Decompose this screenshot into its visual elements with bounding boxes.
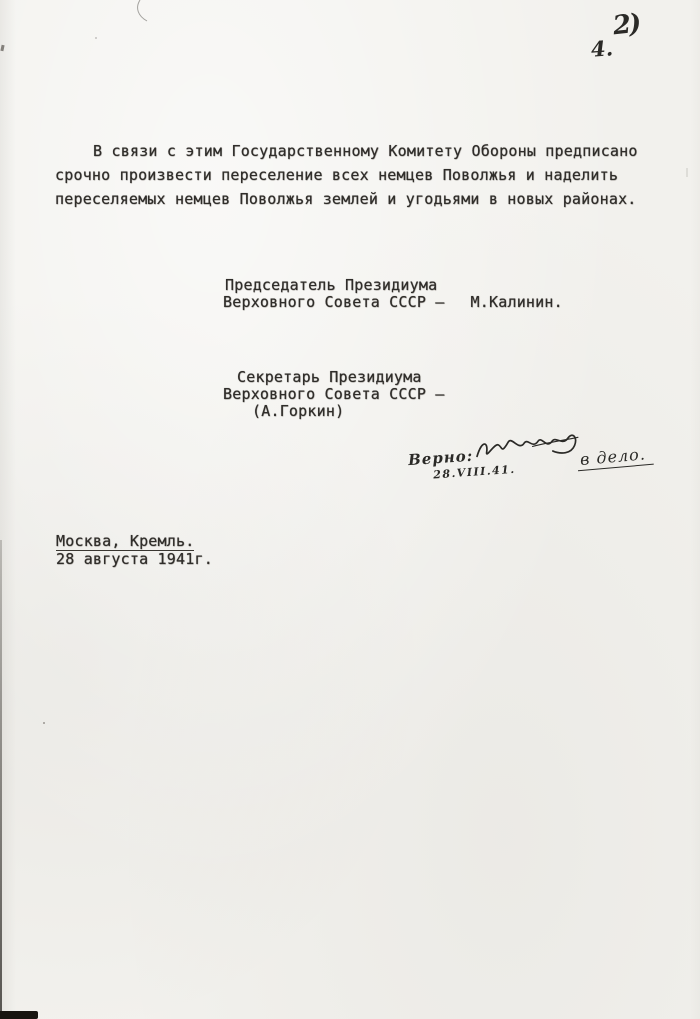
scan-speck [0,45,4,51]
scan-speck [43,722,45,724]
scan-corner-bar-artifact [0,1011,38,1019]
scan-edge-line-artifact [0,540,2,1019]
secretary-title-line: Секретарь Президиума [237,369,445,386]
chairman-title-line: Верховного Совета СССР –М.Калинин. [223,294,563,311]
main-paragraph: В связи с этим Государственному Комитету… [55,139,651,211]
certification-annotation: Верно: 28.VIII.41. [407,427,587,483]
chairman-signature-block: Председатель Президиума Верховного Совет… [223,277,563,311]
paragraph-line: переселяемых немцев Поволжья землей и уг… [55,187,651,211]
scan-speck [686,168,688,177]
secretary-name: (А.Горкин) [252,403,445,420]
date-line: 28 августа 1941г. [56,551,213,568]
filing-note: в дело. [576,444,653,472]
handwritten-page-number: 2) [612,9,641,42]
paragraph-line: срочно произвести переселение всех немце… [55,163,651,187]
scan-stroke-artifact [130,0,156,22]
scan-speck [95,37,97,39]
place-line: Москва, Кремль. [56,533,194,551]
scanned-document-page: 2) 4. В связи с этим Государственному Ко… [0,0,700,1019]
handwritten-corner-mark: 4. [590,35,614,61]
place-date-block: Москва, Кремль. 28 августа 1941г. [56,533,213,568]
chairman-title-line: Председатель Президиума [225,277,563,294]
secretary-signature-block: Секретарь Президиума Верховного Совета С… [223,369,445,420]
chairman-title-text: Верховного Совета СССР – [223,293,445,311]
chairman-name: М.Калинин. [471,293,563,311]
paragraph-line: В связи с этим Государственному Комитету… [55,139,651,163]
secretary-title-line: Верховного Совета СССР – [223,386,445,403]
